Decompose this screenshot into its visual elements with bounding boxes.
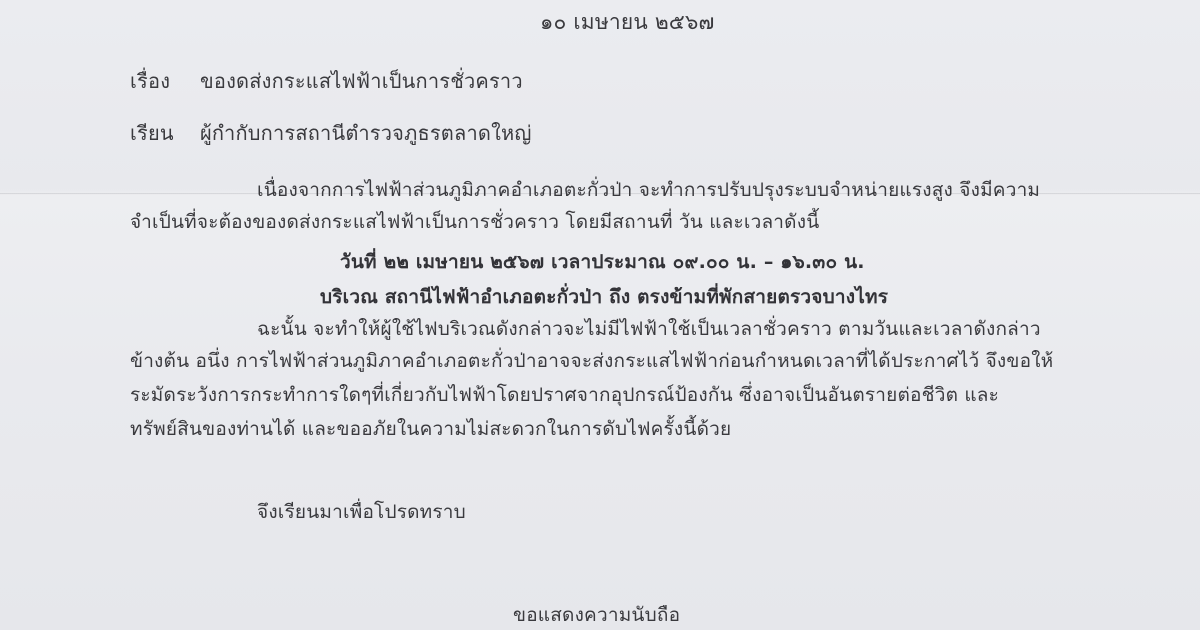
letter-paper: ๑๐ เมษายน ๒๕๖๗ เรื่อง ของดส่งกระแสไฟฟ้าเ… <box>0 0 1200 630</box>
letter-date: ๑๐ เมษายน ๒๕๖๗ <box>540 6 714 39</box>
body-paragraph-1-line-1: เนื่องจากการไฟฟ้าส่วนภูมิภาคอำเภอตะกั่วป… <box>257 175 1040 205</box>
outage-location: บริเวณ สถานีไฟฟ้าอำเภอตะกั่วป่า ถึง ตรงข… <box>320 282 888 312</box>
closing-statement: จึงเรียนมาเพื่อโปรดทราบ <box>257 497 466 527</box>
body-paragraph-2-line-2: ข้างต้น อนึ่ง การไฟฟ้าส่วนภูมิภาคอำเภอตะ… <box>130 346 1053 376</box>
regards-signoff: ขอแสดงความนับถือ <box>513 600 680 630</box>
outage-schedule: วันที่ ๒๒ เมษายน ๒๕๖๗ เวลาประมาณ ๐๙.๐๐ น… <box>340 247 865 277</box>
body-paragraph-2-line-3: ระมัดระวังการกระทำการใดๆที่เกี่ยวกับไฟฟ้… <box>130 380 999 410</box>
body-paragraph-2-line-4: ทรัพย์สินของท่านได้ และขออภัยในความไม่สะ… <box>130 414 731 444</box>
body-paragraph-1-line-2: จำเป็นที่จะต้องของดส่งกระแสไฟฟ้าเป็นการช… <box>130 207 819 237</box>
subject-label: เรื่อง <box>130 65 170 97</box>
subject-text: ของดส่งกระแสไฟฟ้าเป็นการชั่วคราว <box>200 65 523 97</box>
recipient-text: ผู้กำกับการสถานีตำรวจภูธรตลาดใหญ่ <box>200 117 532 149</box>
body-paragraph-2-line-1: ฉะนั้น จะทำให้ผู้ใช้ไฟบริเวณดังกล่าวจะไม… <box>257 314 1041 344</box>
recipient-label: เรียน <box>130 117 174 149</box>
